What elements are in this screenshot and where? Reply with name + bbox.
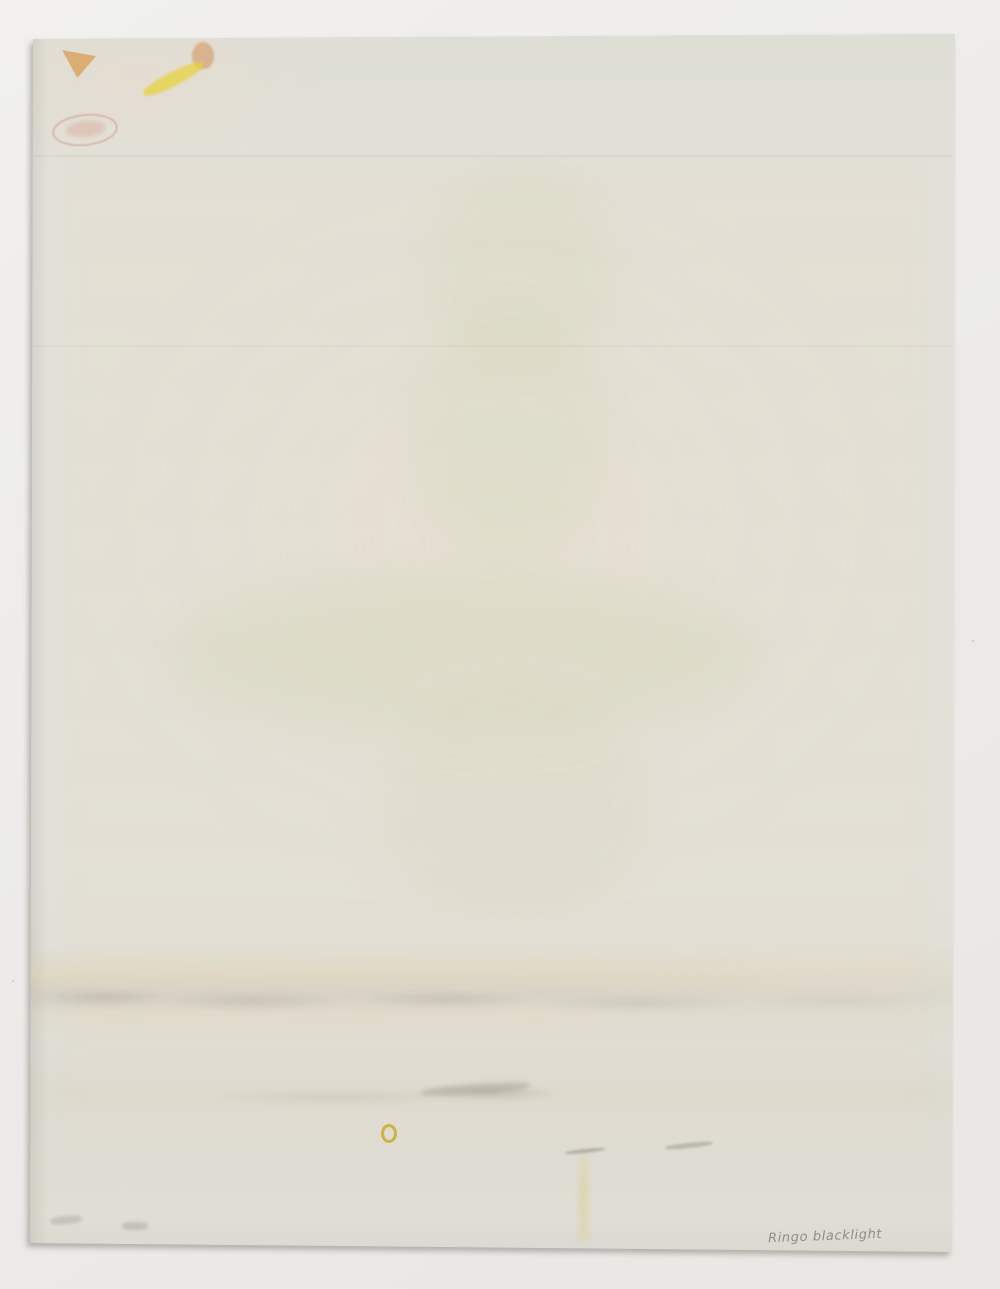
crease-line xyxy=(34,345,952,347)
mottled-stain-band xyxy=(30,948,955,1034)
crease-line xyxy=(34,155,952,157)
poster-sheet-verso: Ringo blacklight xyxy=(0,0,1000,1289)
vertical-yellow-streak xyxy=(578,1148,589,1242)
yellow-crayon-swipe xyxy=(140,58,205,100)
yellow-swipe-mark xyxy=(140,40,220,102)
pink-smudge-fill xyxy=(65,119,106,139)
portrait-face-shape xyxy=(412,300,607,565)
photo-backdrop: Ringo blacklight xyxy=(0,0,1000,1289)
yellow-ring-mark xyxy=(381,1124,397,1143)
gray-pencil-smudge xyxy=(122,1222,148,1230)
portrait-torso-shape xyxy=(388,690,643,915)
poster-sheet-wrapper: Ringo blacklight xyxy=(0,0,1000,1289)
